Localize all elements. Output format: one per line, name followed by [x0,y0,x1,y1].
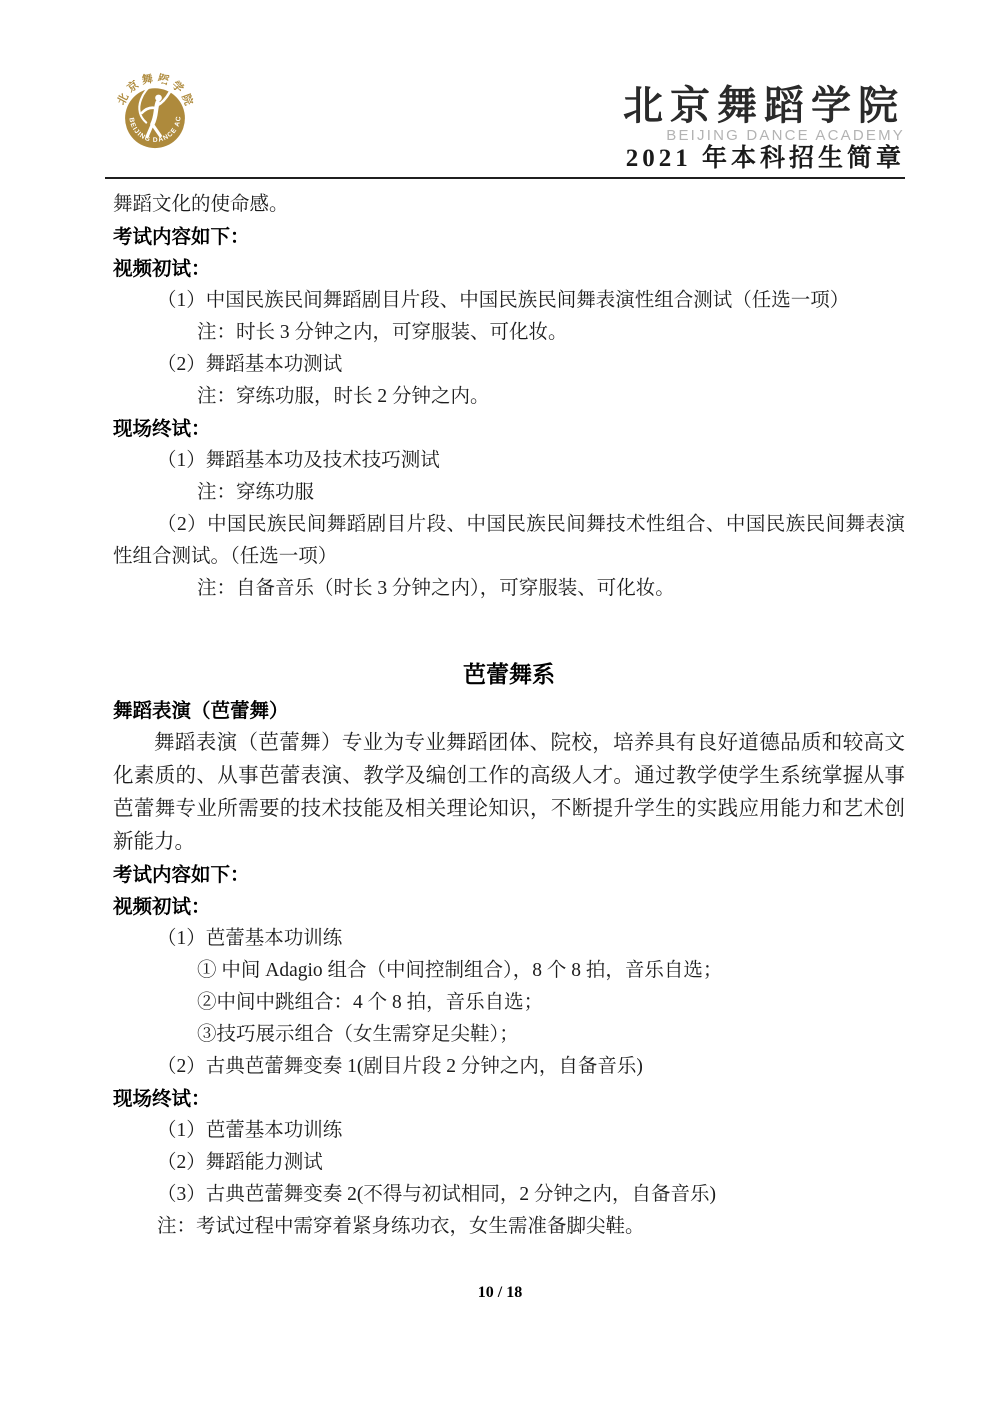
brochure-subtitle: 2021 年本科招生简章 [623,144,905,174]
folk-final-item-2-note: 注：自备音乐（时长 3 分钟之内），可穿服装、可化妆。 [113,573,905,605]
ballet-prelim-item-1: （1）芭蕾基本功训练 [113,923,905,955]
video-prelim-heading: 视频初试： [113,253,905,285]
document-page: 北京舞蹈学院 BEIJING DANCE ACADEMY 北京舞蹈学院 BEIJ… [0,0,1000,1414]
ballet-exam-content-heading: 考试内容如下： [113,859,905,891]
page-content: 舞蹈文化的使命感。 考试内容如下： 视频初试： （1）中国民族民间舞蹈剧目片段、… [113,189,905,1243]
header-title-block: 北京舞蹈学院 BEIJING DANCE ACADEMY 2021 年本科招生简… [623,82,905,174]
ballet-video-prelim-heading: 视频初试： [113,891,905,923]
ballet-prelim-sub-2: ②中间中跳组合：4 个 8 拍，音乐自选； [113,987,905,1019]
ballet-section-title: 芭蕾舞系 [113,657,905,691]
ballet-final-note: 注：考试过程中需穿着紧身练功衣，女生需准备脚尖鞋。 [113,1211,905,1243]
academy-name-chinese: 北京舞蹈学院 [623,82,905,130]
ballet-prelim-sub-1: ① 中间 Adagio 组合（中间控制组合），8 个 8 拍，音乐自选； [113,955,905,987]
header-divider [105,177,905,179]
folk-final-item-1-note: 注：穿练功服 [113,477,905,509]
bda-seal-logo: 北京舞蹈学院 BEIJING DANCE ACADEMY [111,68,199,156]
folk-prelim-item-1: （1）中国民族民间舞蹈剧目片段、中国民族民间舞表演性组合测试（任选一项） [113,285,905,317]
ballet-prelim-item-2: （2）古典芭蕾舞变奏 1(剧目片段 2 分钟之内，自备音乐) [113,1051,905,1083]
ballet-onsite-final-heading: 现场终试： [113,1083,905,1115]
folk-final-item-2: （2）中国民族民间舞蹈剧目片段、中国民族民间舞技术性组合、中国民族民间舞表演性组… [113,509,905,573]
academy-name-english: BEIJING DANCE ACADEMY [623,128,905,143]
folk-prelim-item-2-note: 注：穿练功服，时长 2 分钟之内。 [113,381,905,413]
folk-final-item-1: （1）舞蹈基本功及技术技巧测试 [113,445,905,477]
ballet-final-item-1: （1）芭蕾基本功训练 [113,1115,905,1147]
exam-content-heading: 考试内容如下： [113,221,905,253]
page-number: 10 / 18 [0,1284,1000,1302]
ballet-prelim-sub-3: ③技巧展示组合（女生需穿足尖鞋）； [113,1019,905,1051]
text-line-mission: 舞蹈文化的使命感。 [113,189,905,221]
ballet-intro-paragraph: 舞蹈表演（芭蕾舞）专业为专业舞蹈团体、院校，培养具有良好道德品质和较高文化素质的… [113,727,905,859]
folk-prelim-item-1-note: 注：时长 3 分钟之内，可穿服装、可化妆。 [113,317,905,349]
ballet-major-subtitle: 舞蹈表演（芭蕾舞） [113,695,905,727]
ballet-final-item-2: （2）舞蹈能力测试 [113,1147,905,1179]
onsite-final-heading: 现场终试： [113,413,905,445]
ballet-final-item-3: （3）古典芭蕾舞变奏 2(不得与初试相同，2 分钟之内，自备音乐) [113,1179,905,1211]
folk-prelim-item-2: （2）舞蹈基本功测试 [113,349,905,381]
